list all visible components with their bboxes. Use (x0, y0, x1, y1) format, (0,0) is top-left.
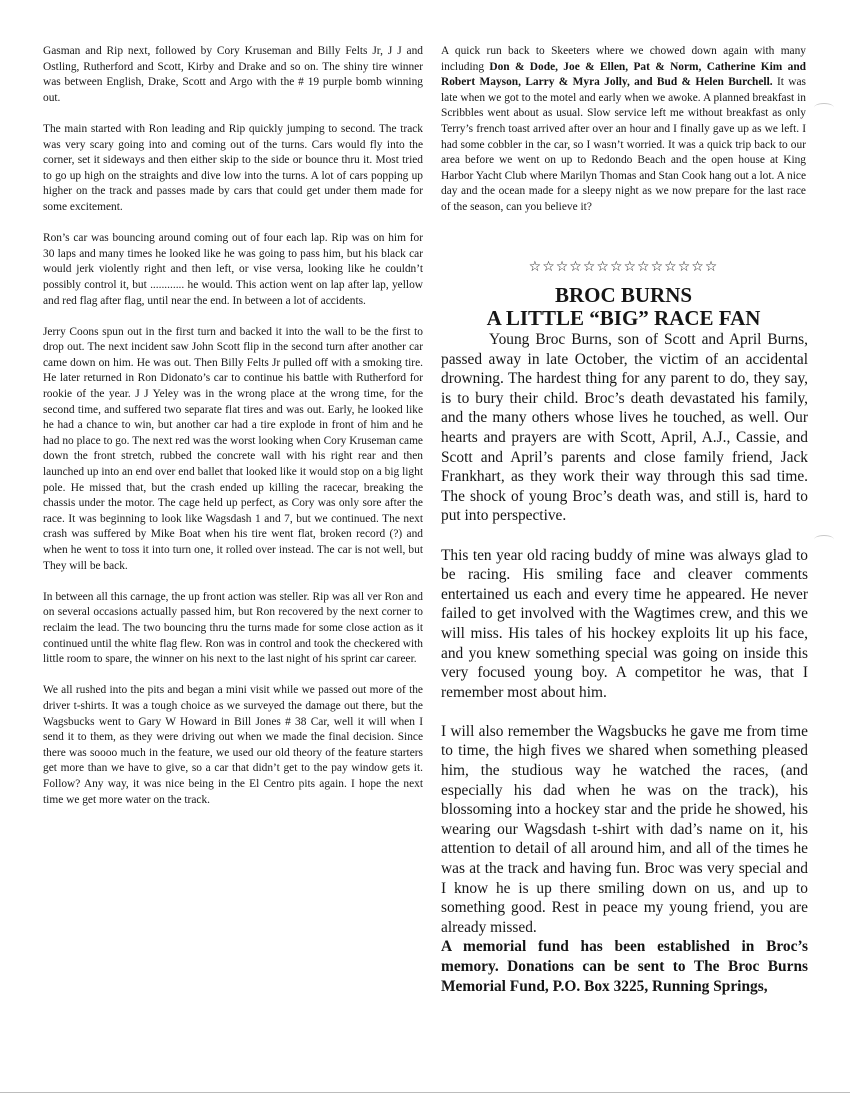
race-report-paragraph: Gasman and Rip next, followed by Cory Kr… (43, 44, 423, 106)
memorial-fund-note: A memorial fund has been established in … (441, 937, 808, 996)
memorial-article-body: Young Broc Burns, son of Scott and April… (441, 330, 808, 996)
left-column: Gasman and Rip next, followed by Cory Kr… (43, 44, 423, 808)
skeeters-paragraph: A quick run back to Skeeters where we ch… (441, 44, 806, 216)
star-divider: ☆☆☆☆☆☆☆☆☆☆☆☆☆☆ (441, 259, 806, 275)
race-report-paragraph: In between all this carnage, the up fron… (43, 590, 423, 668)
article-paragraph: This ten year old racing buddy of mine w… (441, 546, 808, 703)
scan-artifact (814, 103, 834, 112)
article-headline: BROC BURNS (441, 283, 806, 307)
race-report-paragraph: We all rushed into the pits and began a … (43, 683, 423, 808)
scan-artifact (814, 535, 834, 544)
article-paragraph: I will also remember the Wagsbucks he ga… (441, 722, 808, 938)
race-report-paragraph: The main started with Ron leading and Ri… (43, 122, 423, 216)
race-report-paragraph: Ron’s car was bouncing around coming out… (43, 231, 423, 309)
intro-text-continued: It was late when we got to the motel and… (441, 76, 806, 213)
page-bottom-edge (0, 1092, 850, 1093)
article-paragraph: Young Broc Burns, son of Scott and April… (441, 330, 808, 526)
article-subheadline: A LITTLE “BIG” RACE FAN (441, 306, 806, 330)
bold-names: Don & Dode, Joe & Ellen, Pat & Norm, Cat… (441, 61, 806, 89)
right-column-intro: A quick run back to Skeeters where we ch… (441, 44, 806, 216)
race-report-paragraph: Jerry Coons spun out in the first turn a… (43, 325, 423, 575)
